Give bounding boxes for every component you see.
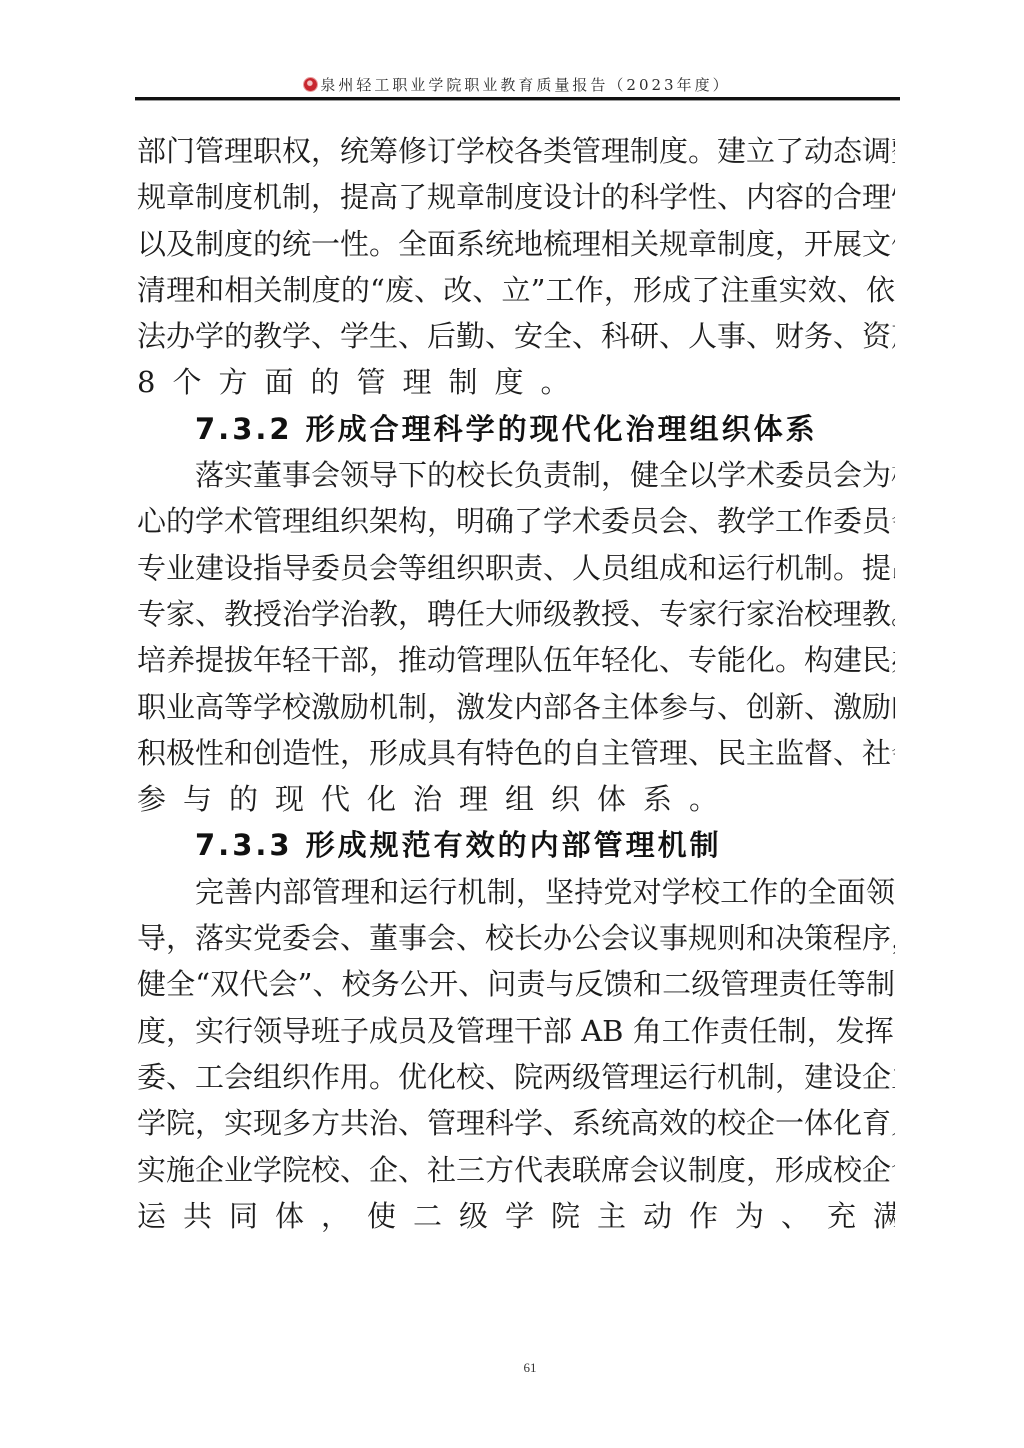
text-line: 专业建设指导委员会等组织职责、人员组成和运行机制。提出 [137, 545, 895, 591]
text-line: 以及制度的统一性。全面系统地梳理相关规章制度，开展文件 [137, 221, 895, 267]
text-line: 规章制度机制，提高了规章制度设计的科学性、内容的合理性 [137, 174, 895, 220]
text-line: 8个方面的管理制度。 [137, 359, 895, 405]
text-line: 参与的现代化治理组织体系。 [137, 776, 895, 822]
text-line: 委、工会组织作用。优化校、院两级管理运行机制，建设企业 [137, 1054, 895, 1100]
text-line: 健全“双代会”、校务公开、问责与反馈和二级管理责任等制 [137, 961, 895, 1007]
text-line: 学院，实现多方共治、管理科学、系统高效的校企一体化育人。 [137, 1100, 895, 1146]
text-line: 积极性和创造性，形成具有特色的自主管理、民主监督、社会 [137, 730, 895, 776]
page-number: 61 [480, 1360, 580, 1376]
report-title: 泉州轻工职业学院职业教育质量报告（2023年度） [320, 76, 730, 94]
text-line: 完善内部管理和运行机制，坚持党对学校工作的全面领 [137, 869, 895, 915]
text-line: 运共同体，使二级学院主动作为、充满活力。 [137, 1193, 895, 1239]
text-line: 法办学的教学、学生、后勤、安全、科研、人事、财务、资产 [137, 313, 895, 359]
paragraph-governance-organization: 落实董事会领导下的校长负责制，健全以学术委员会为核 心的学术管理组织架构，明确了… [137, 452, 895, 822]
header-rule [135, 97, 900, 101]
text-line: 专家、教授治学治教，聘任大师级教授、专家行家治校理教。 [137, 591, 895, 637]
text-line: 落实董事会领导下的校长负责制，健全以学术委员会为核 [137, 452, 895, 498]
paragraph-management-system: 部门管理职权，统筹修订学校各类管理制度。建立了动态调整 规章制度机制，提高了规章… [137, 128, 895, 406]
text-line: 心的学术管理组织架构，明确了学术委员会、教学工作委员会、 [137, 498, 895, 544]
text-line: 培养提拔年轻干部，推动管理队伍年轻化、专能化。构建民办 [137, 637, 895, 683]
text-line: 清理和相关制度的“废、改、立”工作，形成了注重实效、依 [137, 267, 895, 313]
text-line: 实施企业学院校、企、社三方代表联席会议制度，形成校企命 [137, 1147, 895, 1193]
section-heading-7-3-3: 7.3.3 形成规范有效的内部管理机制 [137, 822, 895, 868]
document-page: 泉州轻工职业学院职业教育质量报告（2023年度） 部门管理职权，统筹修订学校各类… [0, 0, 1024, 1448]
text-line: 职业高等学校激励机制，激发内部各主体参与、创新、激励的 [137, 684, 895, 730]
running-header: 泉州轻工职业学院职业教育质量报告（2023年度） [135, 72, 900, 98]
text-line: 度，实行领导班子成员及管理干部 AB 角工作责任制，发挥团 [137, 1008, 895, 1054]
paragraph-internal-management: 完善内部管理和运行机制，坚持党对学校工作的全面领 导，落实党委会、董事会、校长办… [137, 869, 895, 1239]
school-emblem-icon [304, 78, 317, 91]
section-heading-7-3-2: 7.3.2 形成合理科学的现代化治理组织体系 [137, 406, 895, 452]
text-line: 导，落实党委会、董事会、校长办公会议事规则和决策程序， [137, 915, 895, 961]
text-line: 部门管理职权，统筹修订学校各类管理制度。建立了动态调整 [137, 128, 895, 174]
body-text: 部门管理职权，统筹修订学校各类管理制度。建立了动态调整 规章制度机制，提高了规章… [137, 128, 895, 1239]
